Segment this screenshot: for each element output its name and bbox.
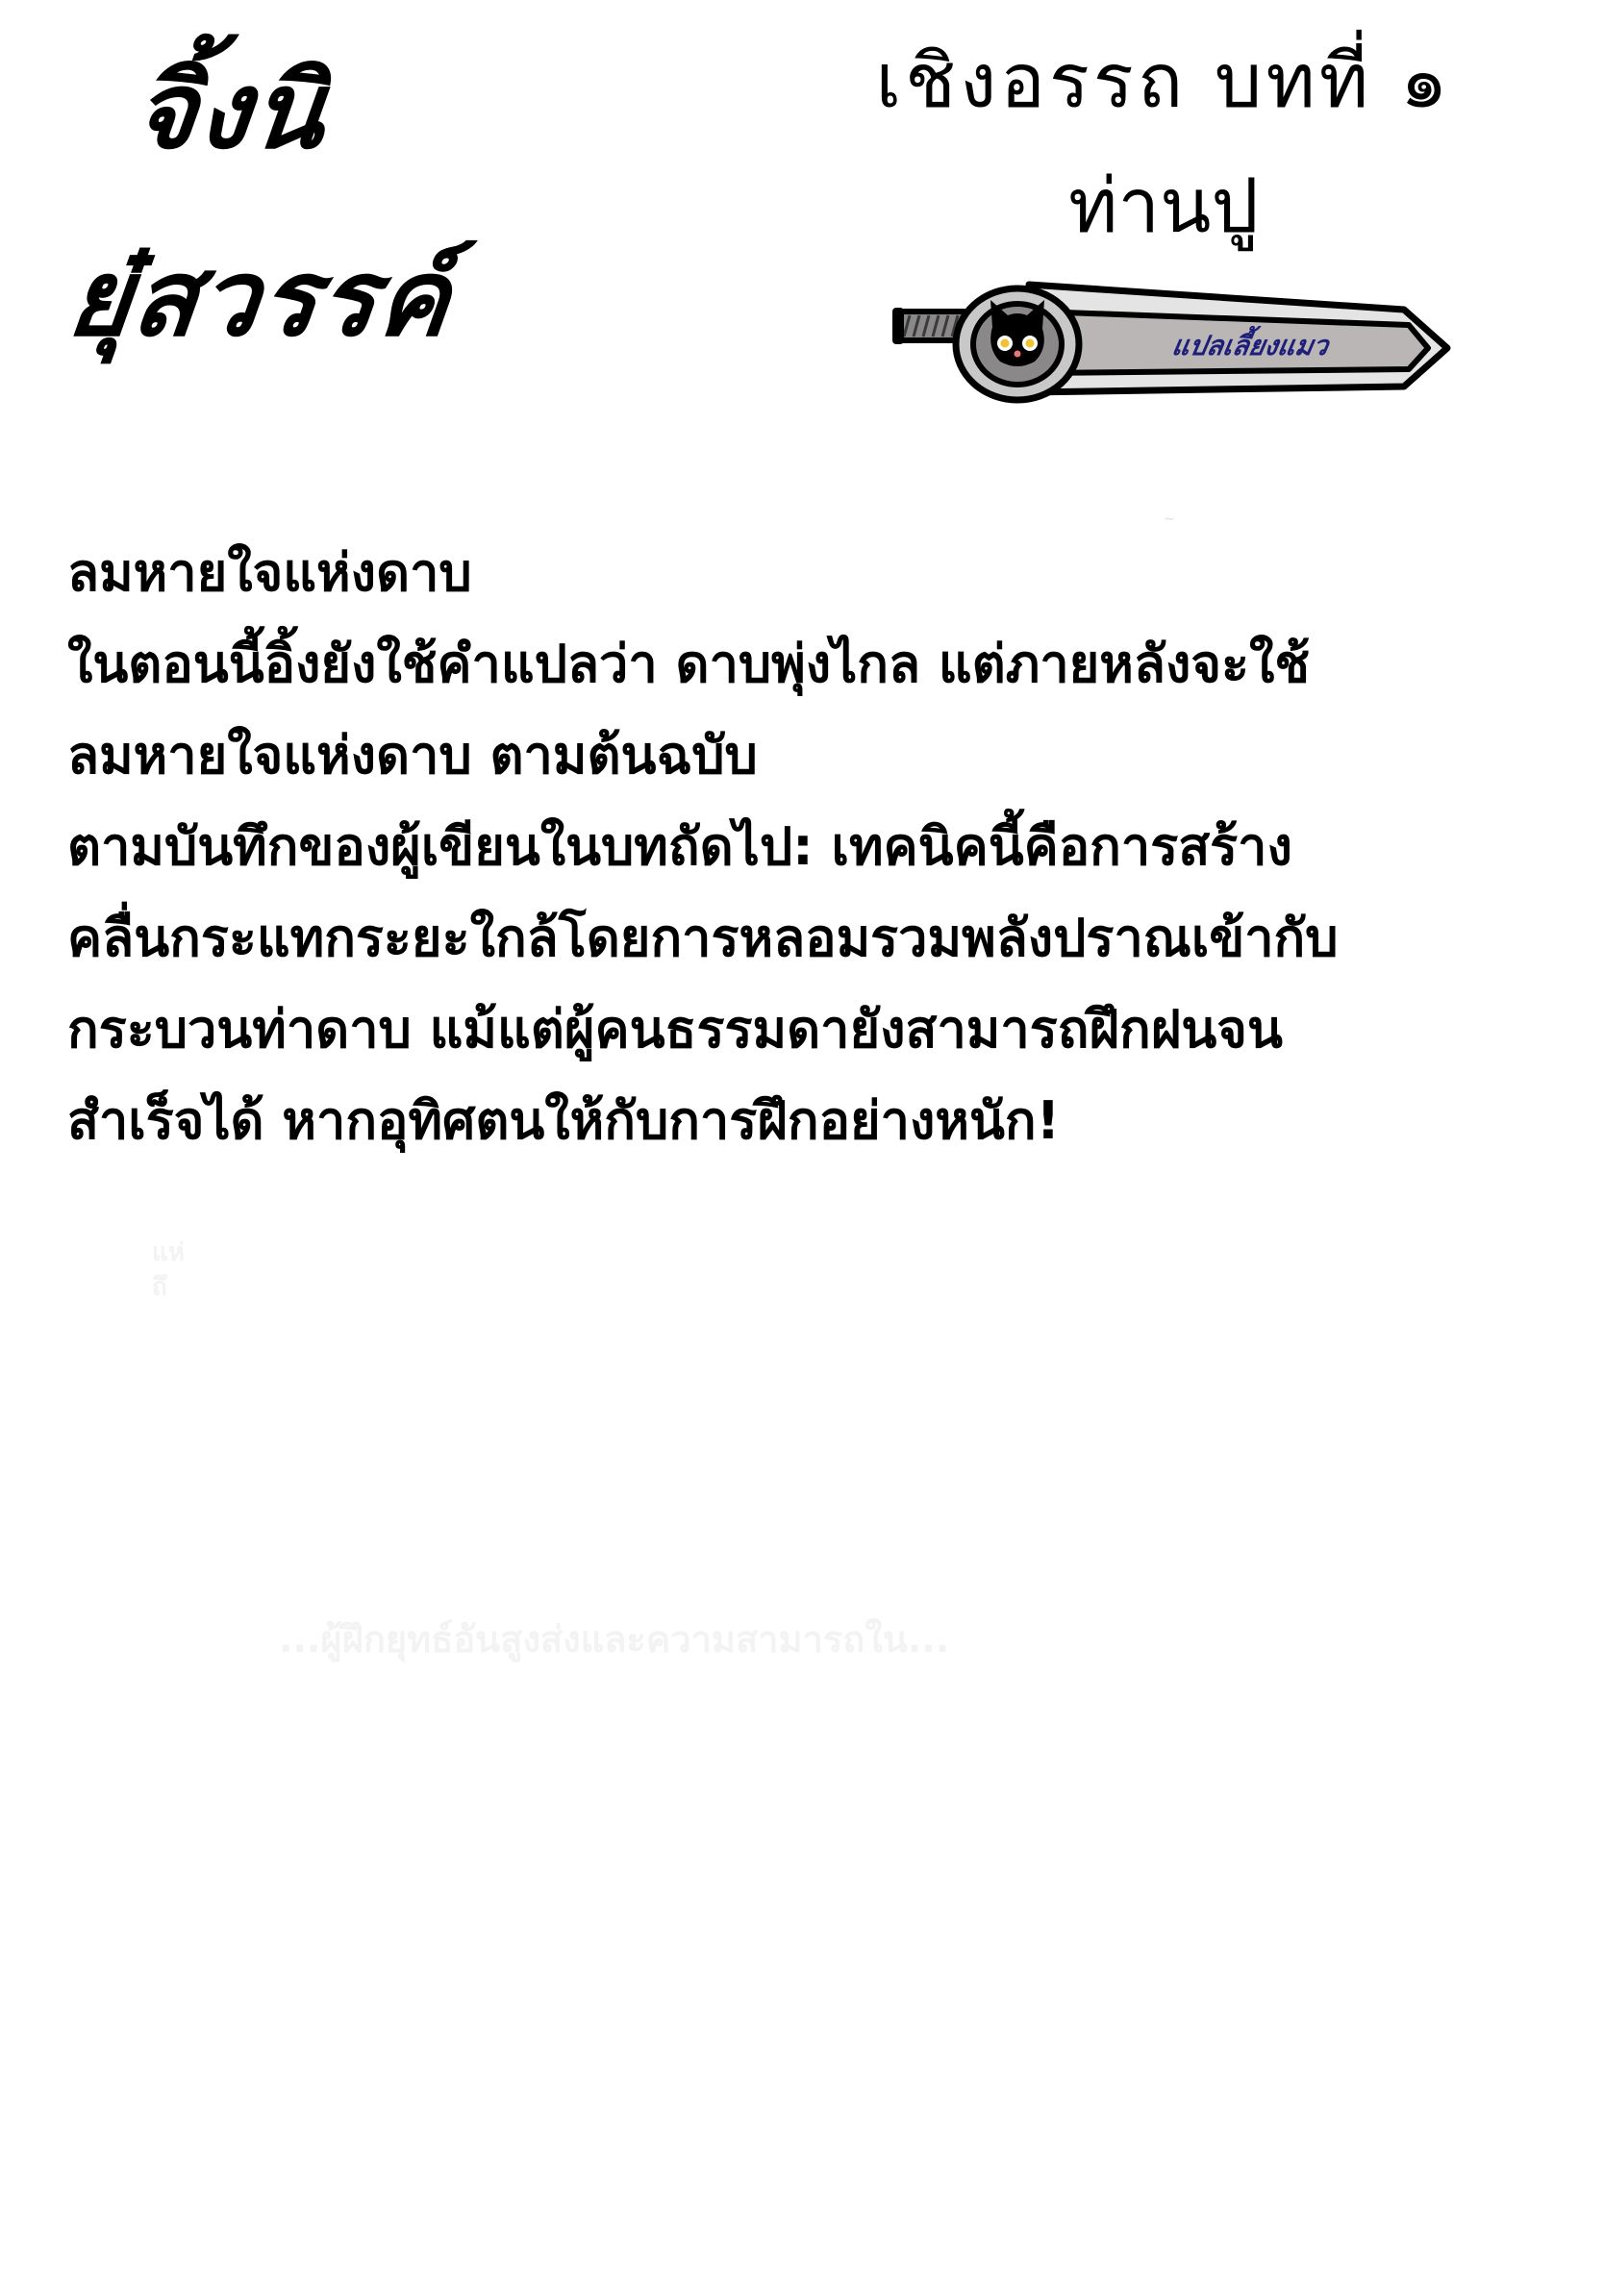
faded-remnant-text: ถึ xyxy=(152,1271,167,1304)
faded-mark: ~ xyxy=(1164,510,1175,529)
logo-label: แปลเลี้ยงแมว xyxy=(1140,325,1360,367)
series-title-line1: จิ้งนิ xyxy=(128,48,333,173)
note-heading: ลมหายใจแห่งดาบ xyxy=(67,527,1567,618)
note-line: ในตอนนี้อิ้งยังใช้คำแปลว่า ดาบพุ่งไกล แต… xyxy=(67,618,1567,710)
note-line: ลมหายใจแห่งดาบ ตามต้นฉบับ xyxy=(67,710,1567,801)
note-line: คลื่นกระแทกระยะใกล้โดยการหลอมรวมพลังปราณ… xyxy=(67,892,1567,984)
chapter-heading: เชิงอรรถ บทที่ ๑ xyxy=(875,38,1452,125)
note-line: กระบวนท่าดาบ แม้แต่ผู้คนธรรมดายังสามารถฝ… xyxy=(67,984,1567,1075)
note-line: ตามบันทึกของผู้เขียนในบทถัดไป: เทคนิคนี้… xyxy=(67,801,1567,892)
note-line: สำเร็จได้ หากอุทิศตนให้กับการฝึกอย่างหนั… xyxy=(67,1075,1567,1166)
faded-remnant-text: แห่ xyxy=(152,1236,185,1269)
translator-note: ลมหายใจแห่งดาบ ในตอนนี้อิ้งยังใช้คำแปลว่… xyxy=(67,527,1567,1166)
faded-remnant-text: ...ผู้ฝึกยุทธ์อันสูงส่งและความสามารถใน..… xyxy=(279,1615,949,1663)
translator-name: ท่านปู xyxy=(1048,163,1279,250)
translator-logo: แปลเลี้ยงแมว xyxy=(885,252,1462,406)
series-title-line2: ยุ๋สวรรค์ xyxy=(63,236,458,361)
